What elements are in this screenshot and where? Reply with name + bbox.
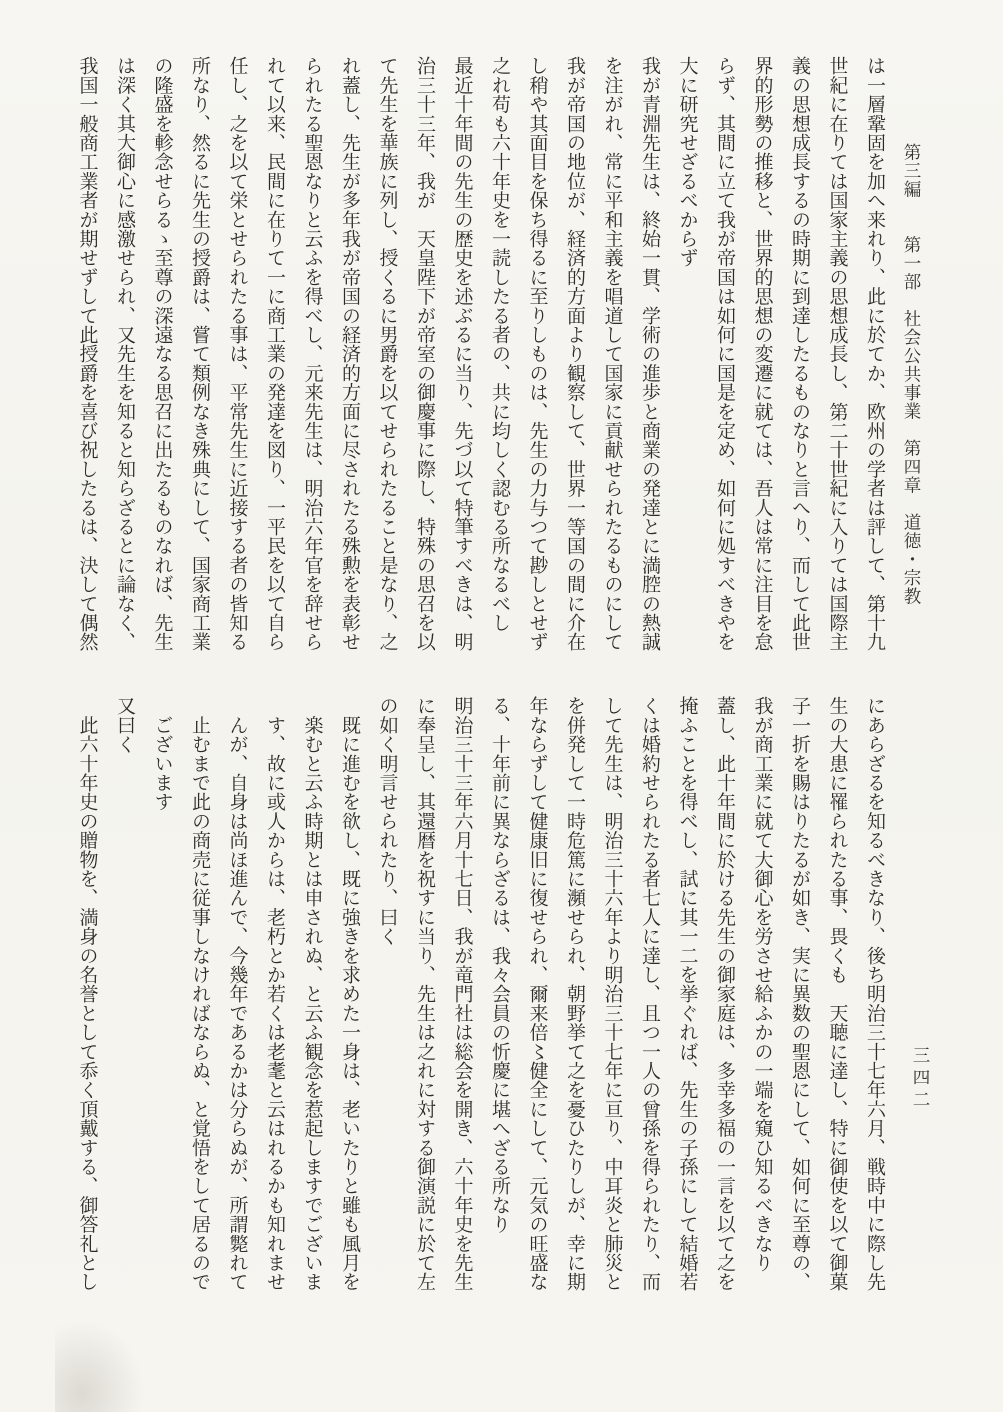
text-column: 我が商工業に就て大御心を労させ給ふかの一端を窺ひ知るべきなり (743, 696, 781, 1300)
text-column: 任し、之を以て栄とせられたる事は、平常先生に近接する者の皆知る (218, 56, 256, 660)
text-column: れ蓋し、先生が多年我が帝国の経済的方面に尽されたる殊勲を表彰せ (331, 56, 369, 660)
text-column: ございます (143, 696, 181, 1300)
text-column: 生の大患に罹られたる事、畏くも 天聴に達し、特に御使を以て御菓 (818, 696, 856, 1300)
document-page: 第三編 第一部 社会公共事業 第四章 道徳・宗教 は一層鞏固を加へ来れり、此に於… (0, 0, 1003, 1412)
text-column: 界的形勢の推移と、世界的思想の変遷に就ては、吾人は常に注目を怠 (743, 56, 781, 660)
text-column: は一層鞏固を加へ来れり、此に於てか、欧州の学者は評して、第十九 (856, 56, 894, 660)
text-column: られたる聖恩なりと云ふを得べし、元来先生は、明治六年官を辞せら (293, 56, 331, 660)
text-column: に奉呈し、其還暦を祝すに当り、先生は之れに対する御演説に於て左 (406, 696, 444, 1300)
text-column: す、故に或人からは、老朽とか若くは老耄と云はれるかも知れませ (256, 696, 294, 1300)
text-column: て先生を華族に列し、授くるに男爵を以てせられたること是なり、之 (368, 56, 406, 660)
text-column: 又曰く (106, 696, 144, 1300)
text-column: れて以来、民間に在りて一に商工業の発達を図り、一平民を以て自ら (256, 56, 294, 660)
text-column: 年ならずして健康旧に復せられ、爾来倍〻健全にして、元気の旺盛な (518, 696, 556, 1300)
text-column: 所なり、然るに先生の授爵は、嘗て類例なき殊典にして、国家商工業 (181, 56, 219, 660)
text-column: 此六十年史の贈物を、満身の名誉として忝く頂戴する、御答礼とし (68, 696, 106, 1300)
scan-smudge (55, 1320, 145, 1412)
text-column: は深く其大御心に感激せられ、又先生を知ると知らざるとに論なく、 (106, 56, 144, 660)
text-block-top: は一層鞏固を加へ来れり、此に於てか、欧州の学者は評して、第十九世紀に在りては国家… (67, 56, 893, 660)
text-column: にあらざるを知るべきなり、後ち明治三十七年六月、戦時中に際し先 (856, 696, 894, 1300)
text-column: 大に研究せざるべからず (668, 56, 706, 660)
text-column: 既に進むを欲し、既に強きを求めた一身は、老いたりと雖も風月を (331, 696, 369, 1300)
page-number: 三四二 (908, 1046, 933, 1112)
text-column: 子一折を賜はりたるが如き、実に異数の聖恩にして、如何に至尊の、 (781, 696, 819, 1300)
text-column: らず、其間に立て我が帝国は如何に国是を定め、如何に処すべきやを (706, 56, 744, 660)
text-column: 我国一般商工業者が期せずして此授爵を喜び祝したるは、決して偶然 (68, 56, 106, 660)
text-block-bottom: にあらざるを知るべきなり、後ち明治三十七年六月、戦時中に際し先生の大患に罹られた… (67, 696, 893, 1300)
text-column: を注がれ、常に平和主義を唱道して国家に貢献せられたるものにして (593, 56, 631, 660)
text-column: 蓋し、此十年間に於ける先生の御家庭は、多幸多福の一言を以て之を (706, 696, 744, 1300)
text-column: 明治三十三年六月十七日、我が竜門社は総会を開き、六十年史を先生 (443, 696, 481, 1300)
text-column: 世紀に在りては国家主義の思想成長し、第二十世紀に入りては国際主 (818, 56, 856, 660)
text-column: 義の思想成長するの時期に到達したるものなりと言へり、而して此世 (781, 56, 819, 660)
text-column: 之れ苟も六十年史を一読したる者の、共に均しく認むる所なるべし (481, 56, 519, 660)
text-column: 掩ふことを得べし、試に其一二を挙ぐれば、先生の子孫にして結婚若 (668, 696, 706, 1300)
text-column: 我が青淵先生は、終始一貫、学術の進歩と商業の発達とに満腔の熱誠 (631, 56, 669, 660)
text-column: 我が帝国の地位が、経済的方面より観察して、世界一等国の間に介在 (556, 56, 594, 660)
text-column: くは婚約せられたる者七人に達し、且つ一人の曾孫を得られたり、而 (631, 696, 669, 1300)
text-column: し稍や其面目を保ち得るに至りしものは、先生の力与つて尠しとせず (518, 56, 556, 660)
chapter-header: 第三編 第一部 社会公共事業 第四章 道徳・宗教 (899, 143, 924, 663)
text-column: して先生は、明治三十六年より明治三十七年に亘り、中耳炎と肺災と (593, 696, 631, 1300)
text-column: 治三十三年、我が 天皇陛下が帝室の御慶事に際し、特殊の思召を以 (406, 56, 444, 660)
text-column: 楽むと云ふ時期とは申されぬ、と云ふ観念を惹起しますでございま (293, 696, 331, 1300)
text-column: る、十年前に異ならざるは、我々会員の忻慶に堪へざる所なり (481, 696, 519, 1300)
text-column: の隆盛を軫念せらるゝ至尊の深遠なる思召に出たるものなれば、先生 (143, 56, 181, 660)
text-column: を併発して一時危篤に瀕せられ、朝野挙て之を憂ひたりしが、幸に期 (556, 696, 594, 1300)
text-column: 最近十年間の先生の歴史を述ぶるに当り、先づ以て特筆すべきは、明 (443, 56, 481, 660)
text-column: 止むまで此の商売に従事しなければならぬ、と覚悟をして居るので (181, 696, 219, 1300)
text-column: んが、自身は尚ほ進んで、今幾年であるかは分らぬが、所謂斃れて (218, 696, 256, 1300)
text-column: の如く明言せられたり、曰く (368, 696, 406, 1300)
